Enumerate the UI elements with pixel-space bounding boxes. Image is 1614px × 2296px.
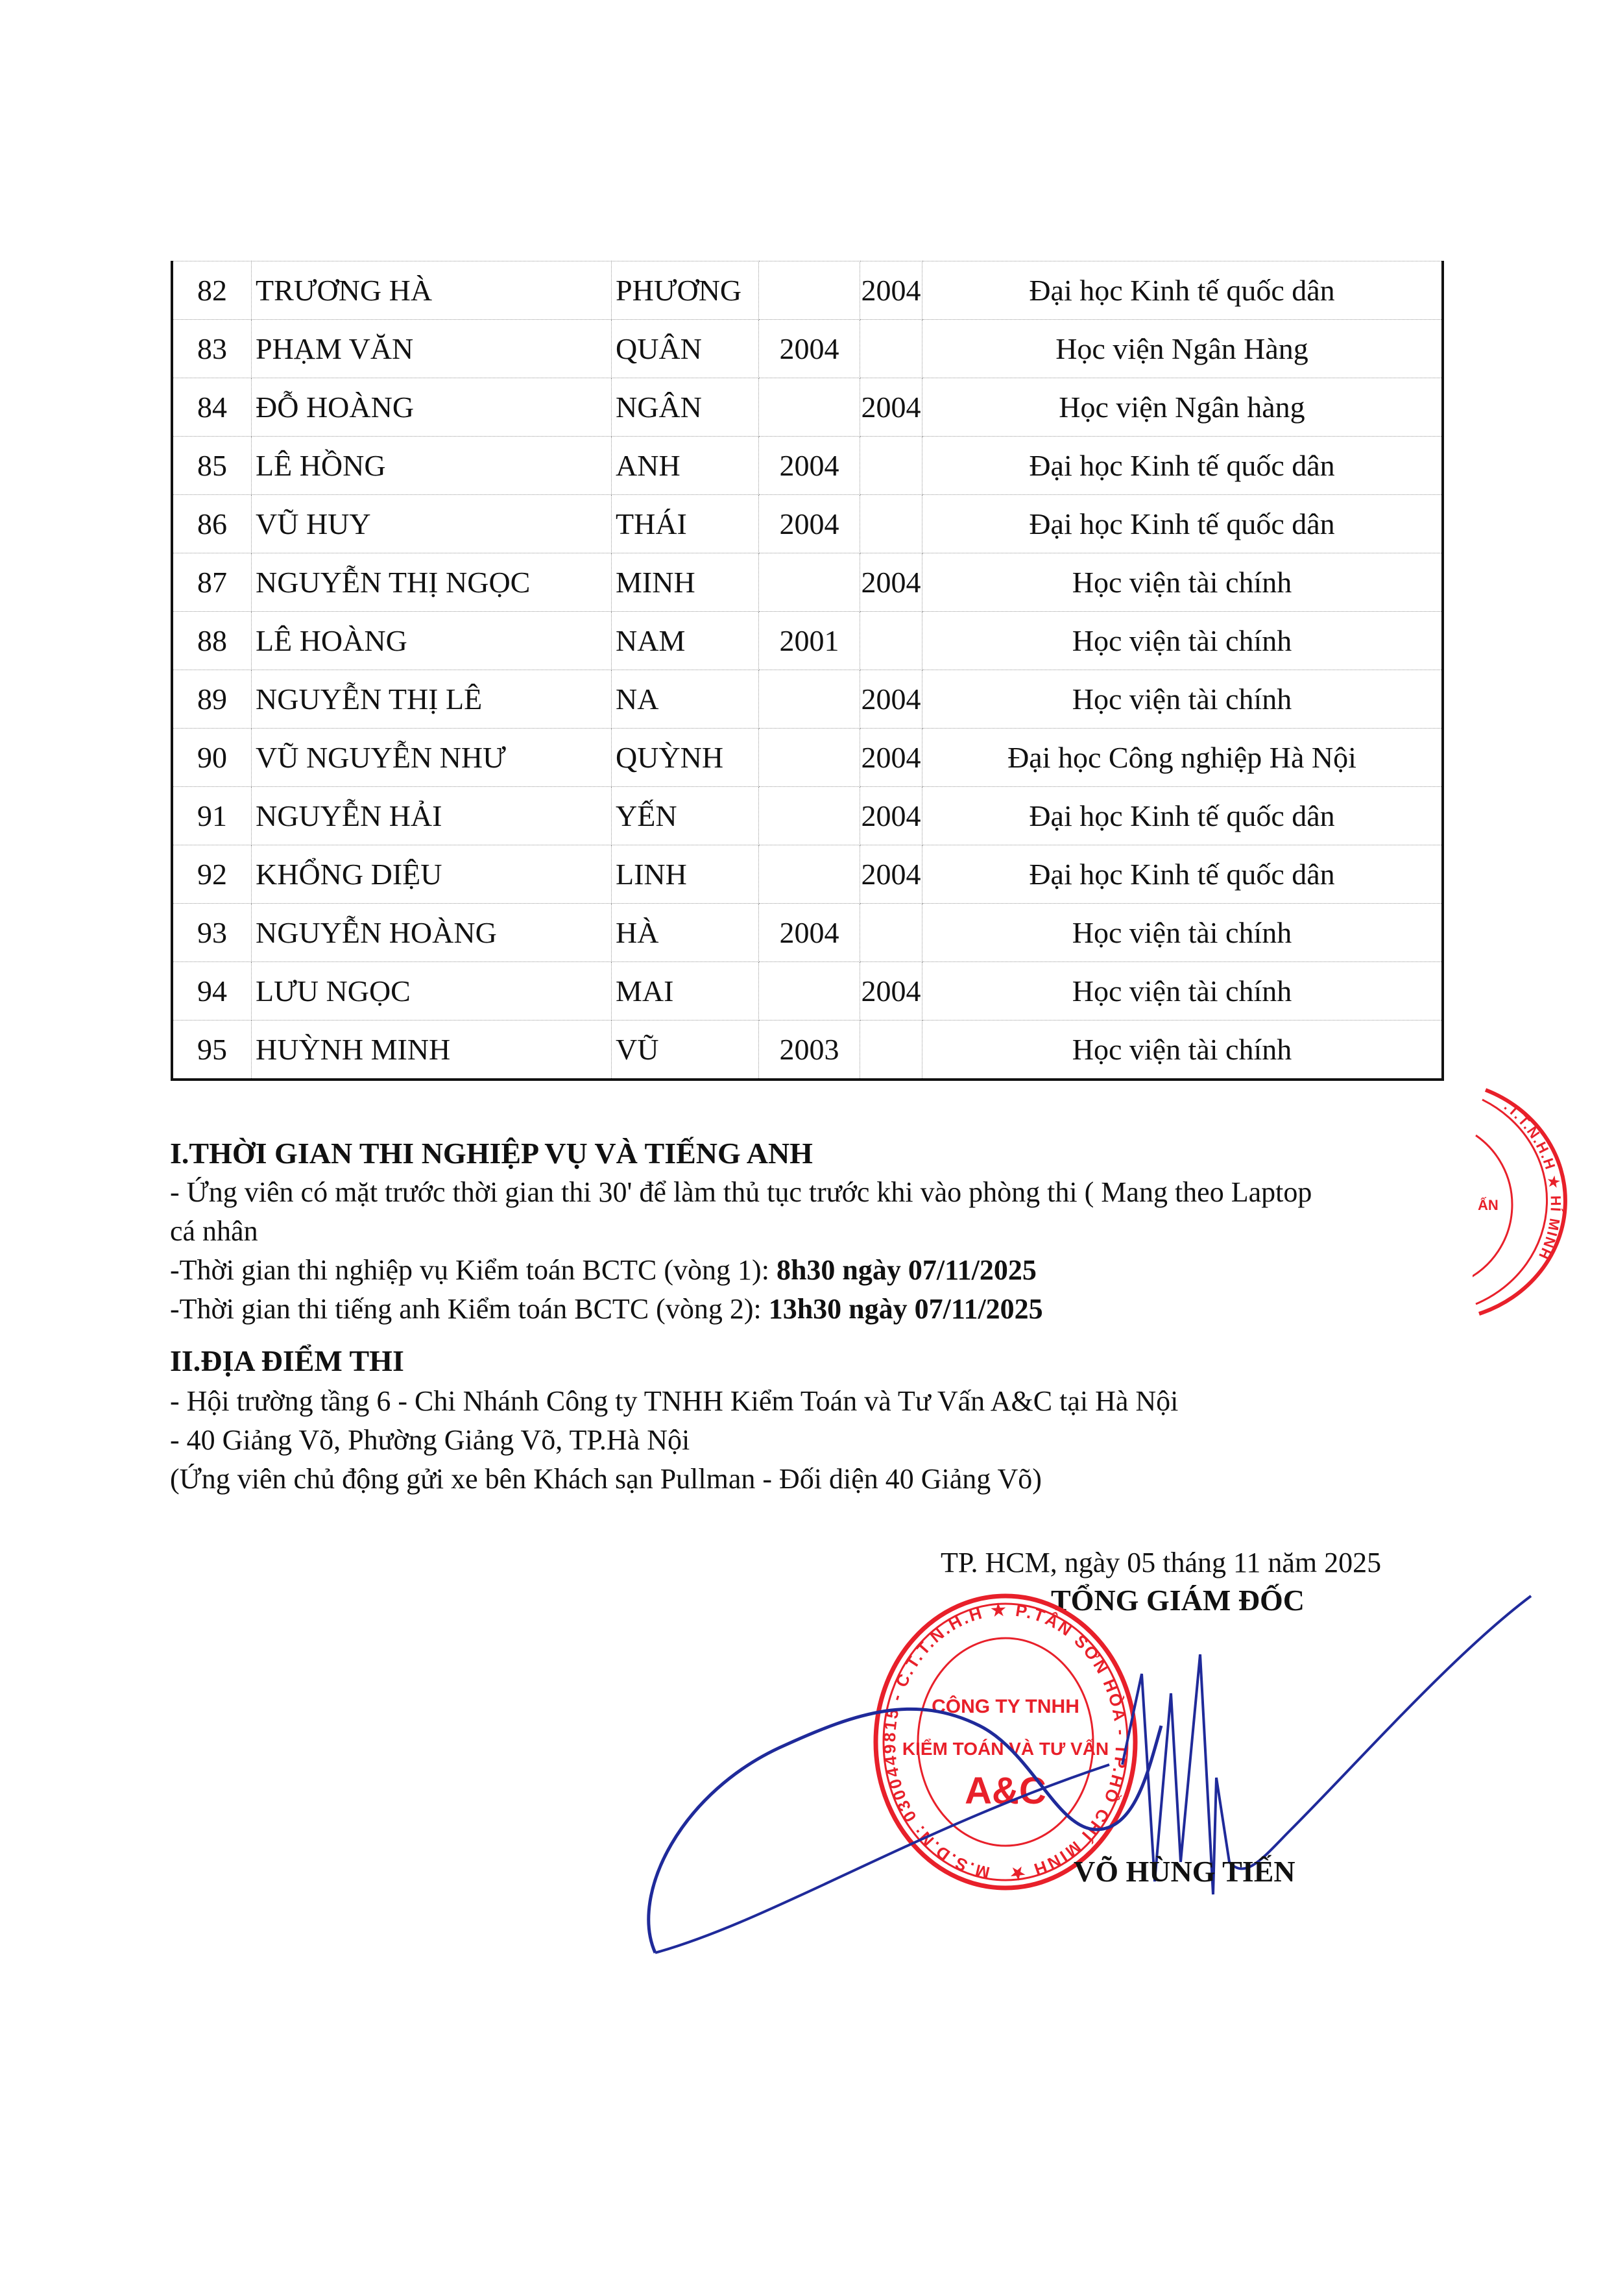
cell-nu: 2004: [860, 962, 922, 1021]
cell-stt: 94: [172, 962, 252, 1021]
cell-nam: [759, 729, 860, 787]
cell-ho: NGUYỄN THỊ NGỌC: [252, 553, 612, 612]
location-line1: - Hội trường tầng 6 - Chi Nhánh Công ty …: [170, 1382, 1178, 1421]
cell-ten: NGÂN: [612, 378, 759, 437]
cell-truong: Học viện Ngân hàng: [922, 378, 1443, 437]
cell-truong: Học viện tài chính: [922, 904, 1443, 962]
cell-ten: NAM: [612, 612, 759, 670]
cell-truong: Học viện tài chính: [922, 962, 1443, 1021]
cell-nu: [860, 904, 922, 962]
cell-stt: 90: [172, 729, 252, 787]
table-row: 89NGUYỄN THỊ LÊNA2004Học viện tài chính: [172, 670, 1443, 729]
cell-ho: LƯU NGỌC: [252, 962, 612, 1021]
table-row: 91NGUYỄN HẢIYẾN2004Đại học Kinh tế quốc …: [172, 787, 1443, 845]
cell-ten: MINH: [612, 553, 759, 612]
cell-ho: VŨ NGUYỄN NHƯ: [252, 729, 612, 787]
cell-nu: [860, 612, 922, 670]
section-1-note-line2: cá nhân: [170, 1212, 258, 1251]
cell-ten: MAI: [612, 962, 759, 1021]
cell-nam: 2004: [759, 437, 860, 495]
cell-truong: Đại học Kinh tế quốc dân: [922, 261, 1443, 320]
round-2-label: -Thời gian thi tiếng anh Kiểm toán BCTC …: [170, 1293, 769, 1325]
cell-nam: 2004: [759, 904, 860, 962]
cell-ten: LINH: [612, 845, 759, 904]
cell-nam: 2004: [759, 320, 860, 378]
cell-truong: Học viện tài chính: [922, 612, 1443, 670]
cell-ho: TRƯƠNG HÀ: [252, 261, 612, 320]
cell-truong: Học viện Ngân Hàng: [922, 320, 1443, 378]
cell-stt: 82: [172, 261, 252, 320]
edge-stamp-text: .T.T.N.H.H ★ HÍ MINH: [1501, 1098, 1564, 1263]
cell-nam: [759, 845, 860, 904]
cell-truong: Đại học Kinh tế quốc dân: [922, 845, 1443, 904]
table-row: 84ĐỖ HOÀNGNGÂN2004Học viện Ngân hàng: [172, 378, 1443, 437]
cell-truong: Đại học Kinh tế quốc dân: [922, 437, 1443, 495]
cell-nam: [759, 261, 860, 320]
cell-stt: 87: [172, 553, 252, 612]
table-row: 85LÊ HỒNGANH2004Đại học Kinh tế quốc dân: [172, 437, 1443, 495]
location-line3: (Ứng viên chủ động gửi xe bên Khách sạn …: [170, 1460, 1042, 1499]
cell-ten: YẾN: [612, 787, 759, 845]
table-row: 90VŨ NGUYỄN NHƯQUỲNH2004Đại học Công ngh…: [172, 729, 1443, 787]
cell-ho: PHẠM VĂN: [252, 320, 612, 378]
cell-truong: Học viện tài chính: [922, 670, 1443, 729]
cell-ten: PHƯƠNG: [612, 261, 759, 320]
round-1-label: -Thời gian thi nghiệp vụ Kiểm toán BCTC …: [170, 1254, 777, 1286]
cell-ho: HUỲNH MINH: [252, 1021, 612, 1080]
cell-ten: ANH: [612, 437, 759, 495]
cell-ten: QUÂN: [612, 320, 759, 378]
cell-nam: [759, 553, 860, 612]
candidate-table: 82TRƯƠNG HÀPHƯƠNG2004Đại học Kinh tế quố…: [171, 261, 1444, 1081]
edge-stamp-fragment-text: ẤN: [1478, 1197, 1499, 1213]
cell-nu: 2004: [860, 845, 922, 904]
round-2-time: 13h30 ngày 07/11/2025: [769, 1293, 1043, 1325]
table-row: 83PHẠM VĂNQUÂN2004Học viện Ngân Hàng: [172, 320, 1443, 378]
cell-stt: 84: [172, 378, 252, 437]
cell-ho: LÊ HOÀNG: [252, 612, 612, 670]
cell-ho: NGUYỄN HẢI: [252, 787, 612, 845]
cell-nu: [860, 1021, 922, 1080]
round-1-time: 8h30 ngày 07/11/2025: [777, 1254, 1037, 1286]
cell-truong: Học viện tài chính: [922, 553, 1443, 612]
cell-nu: 2004: [860, 261, 922, 320]
cell-stt: 92: [172, 845, 252, 904]
cell-stt: 89: [172, 670, 252, 729]
document-page: 82TRƯƠNG HÀPHƯƠNG2004Đại học Kinh tế quố…: [0, 0, 1614, 2296]
section-1-heading: I.THỜI GIAN THI NGHIỆP VỤ VÀ TIẾNG ANH: [170, 1134, 813, 1173]
cell-truong: Đại học Kinh tế quốc dân: [922, 495, 1443, 553]
cell-ten: THÁI: [612, 495, 759, 553]
cell-truong: Đại học Công nghiệp Hà Nội: [922, 729, 1443, 787]
cell-stt: 85: [172, 437, 252, 495]
signature-scribble: [642, 1557, 1550, 1959]
cell-stt: 86: [172, 495, 252, 553]
table-row: 86VŨ HUYTHÁI2004Đại học Kinh tế quốc dân: [172, 495, 1443, 553]
cell-stt: 91: [172, 787, 252, 845]
cell-stt: 88: [172, 612, 252, 670]
cell-nam: [759, 787, 860, 845]
cell-ten: QUỲNH: [612, 729, 759, 787]
round-2-schedule: -Thời gian thi tiếng anh Kiểm toán BCTC …: [170, 1290, 1043, 1329]
cell-stt: 95: [172, 1021, 252, 1080]
cell-ten: HÀ: [612, 904, 759, 962]
cell-ho: ĐỖ HOÀNG: [252, 378, 612, 437]
section-2-heading: II.ĐỊA ĐIỂM THI: [170, 1342, 404, 1381]
cell-nu: 2004: [860, 787, 922, 845]
cell-nu: 2004: [860, 670, 922, 729]
cell-nam: [759, 378, 860, 437]
cell-nu: [860, 320, 922, 378]
cell-ho: VŨ HUY: [252, 495, 612, 553]
round-1-schedule: -Thời gian thi nghiệp vụ Kiểm toán BCTC …: [170, 1251, 1037, 1290]
cell-ho: LÊ HỒNG: [252, 437, 612, 495]
cell-nam: 2004: [759, 495, 860, 553]
cell-ho: NGUYỄN THỊ LÊ: [252, 670, 612, 729]
cell-ten: NA: [612, 670, 759, 729]
cell-nam: 2001: [759, 612, 860, 670]
table-row: 87NGUYỄN THỊ NGỌCMINH2004Học viện tài ch…: [172, 553, 1443, 612]
table-row: 82TRƯƠNG HÀPHƯƠNG2004Đại học Kinh tế quố…: [172, 261, 1443, 320]
cell-nu: 2004: [860, 553, 922, 612]
table-row: 92KHỔNG DIỆULINH2004Đại học Kinh tế quốc…: [172, 845, 1443, 904]
cell-nam: [759, 670, 860, 729]
cell-ho: NGUYỄN HOÀNG: [252, 904, 612, 962]
table-row: 95HUỲNH MINHVŨ2003Học viện tài chính: [172, 1021, 1443, 1080]
table-row: 94LƯU NGỌCMAI2004Học viện tài chính: [172, 962, 1443, 1021]
svg-text:.T.T.N.H.H ★ HÍ MINH: .T.T.N.H.H ★ HÍ MINH: [1501, 1098, 1564, 1263]
cell-nu: [860, 495, 922, 553]
cell-stt: 83: [172, 320, 252, 378]
location-line2: - 40 Giảng Võ, Phường Giảng Võ, TP.Hà Nộ…: [170, 1421, 690, 1460]
table-row: 88LÊ HOÀNGNAM2001Học viện tài chính: [172, 612, 1443, 670]
cell-nu: 2004: [860, 729, 922, 787]
signer-name: VÕ HÙNG TIẾN: [1074, 1854, 1295, 1889]
cell-ho: KHỔNG DIỆU: [252, 845, 612, 904]
cell-truong: Đại học Kinh tế quốc dân: [922, 787, 1443, 845]
cell-ten: VŨ: [612, 1021, 759, 1080]
cell-nam: [759, 962, 860, 1021]
cell-nu: [860, 437, 922, 495]
cell-truong: Học viện tài chính: [922, 1021, 1443, 1080]
cell-stt: 93: [172, 904, 252, 962]
edge-stamp-fragment: .T.T.N.H.H ★ HÍ MINH ẤN: [1473, 1070, 1614, 1317]
section-1-note-line1: - Ứng viên có mặt trước thời gian thi 30…: [170, 1173, 1312, 1212]
cell-nu: 2004: [860, 378, 922, 437]
cell-nam: 2003: [759, 1021, 860, 1080]
table-row: 93NGUYỄN HOÀNGHÀ2004Học viện tài chính: [172, 904, 1443, 962]
